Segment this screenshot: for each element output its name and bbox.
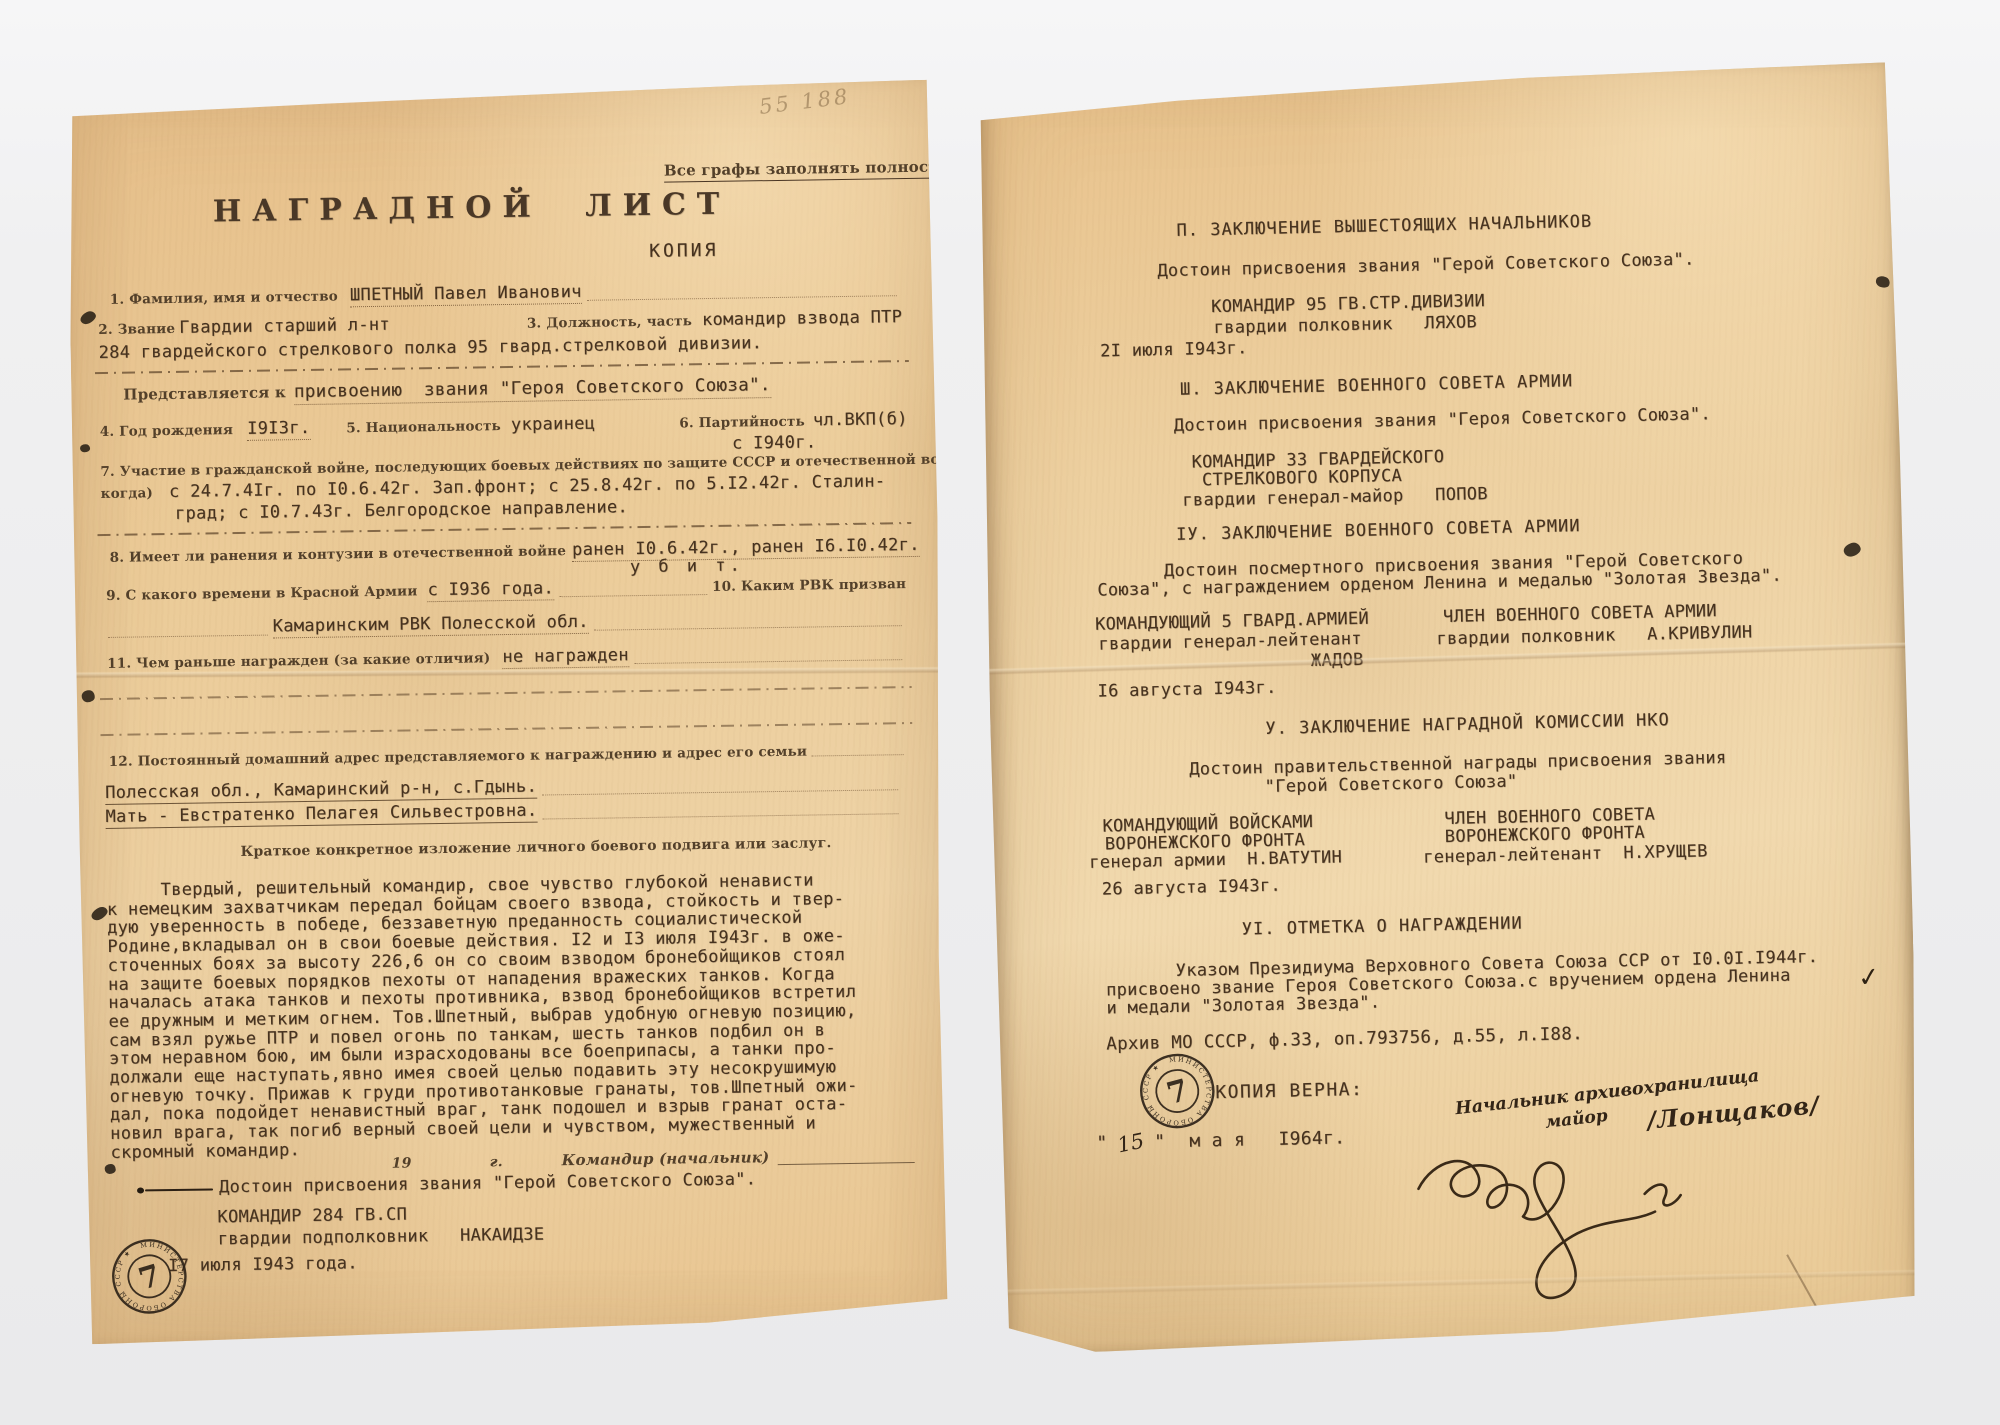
date-month-year: м а я I964г. [1189, 1128, 1345, 1152]
section-5-text-line2: "Герой Советского Союза" [1264, 773, 1517, 798]
year-suffix: г. [490, 1154, 503, 1170]
section-5-right-rank-name: генерал-лейтенант Н.ХРУЩЕВ [1423, 842, 1708, 867]
round-stamp-7: МИНИСТЕРСТВА ОБОРОНЫ СССР ★ 7 [101, 1228, 198, 1325]
field-3-value: командир взвода ПТР [702, 308, 902, 330]
dotted-fill-line [108, 635, 268, 638]
field-5-label: 5. Национальность [346, 418, 501, 436]
worthy-line: Достоин присвоения звания "Герой Советск… [219, 1170, 757, 1197]
checkmark: ✓ [1856, 962, 1881, 995]
date-open-quote: " [1096, 1133, 1108, 1153]
field-10-label: 10. Каким РВК призван [712, 576, 906, 595]
copy-label: КОПИЯ [649, 241, 718, 262]
field-11-value: не награжден [502, 646, 629, 669]
ink-dot [137, 1187, 144, 1193]
stamp-number: 7 [1163, 1073, 1192, 1112]
field-2-label: 2. Звание [98, 321, 175, 338]
section-4-date: I6 августа I943г. [1097, 679, 1276, 702]
section-6-heading: УI. ОТМЕТКА О НАГРАЖДЕНИИ [1242, 914, 1523, 939]
field-11-label: 11. Чем раньше награжден (за какие отлич… [107, 650, 490, 672]
field-2-value: Гвардии старший л-нт [179, 316, 390, 338]
field-7-label-line2: когда) [101, 485, 154, 502]
section-3-text: Достоин присвоения звания "Героя Советск… [1174, 405, 1712, 436]
feat-heading: Краткое конкретное изложение личного бое… [168, 834, 904, 861]
field-4-value: I9I3г. [247, 419, 311, 441]
commander-signature-line1: КОМАНДИР 284 ГВ.СП [217, 1206, 407, 1228]
section-5-heading: У. ЗАКЛЮЧЕНИЕ НАГРАДНОЙ КОМИССИИ НКО [1265, 711, 1670, 739]
section-2-date: 2I июля I943г. [1100, 339, 1248, 361]
field-8-value: ранен I0.6.42г., ранен I6.I0.42г. [572, 536, 920, 562]
ink-dash [145, 1188, 213, 1191]
feat-paragraph: Твердый, решительный командир, свое чувс… [106, 871, 858, 1163]
section-3-heading: Ш. ЗАКЛЮЧЕНИЕ ВОЕННОГО СОВЕТА АРМИИ [1180, 372, 1574, 400]
field-12-mother: Мать - Евстратенко Пелагея Сильвестровна… [105, 802, 537, 829]
blank-fill-line [100, 722, 912, 736]
field-1-label: 1. Фамилия, имя и отчество [110, 288, 338, 307]
pencil-annotation: 55 188 [758, 84, 852, 119]
date-close-quote: " [1154, 1132, 1166, 1152]
section-4-heading: IУ. ЗАКЛЮЧЕНИЕ ВОЕННОГО СОВЕТА АРМИИ [1176, 517, 1581, 545]
field-6-label: 6. Партийность [679, 414, 805, 432]
dotted-fill-line [543, 813, 899, 819]
field-6-value-line2: с I940г. [732, 433, 817, 453]
ink-blot [78, 309, 97, 326]
date-line: I7 июля I943 года. [168, 1254, 358, 1276]
field-1-value: ШПЕТНЫЙ Павел Иванович [350, 283, 582, 307]
section-6-text-line3: и медали "Золотая Звезда". [1106, 994, 1380, 1019]
field-12-label: 12. Постоянный домашний адрес представля… [109, 744, 808, 770]
dotted-fill-line [542, 789, 898, 795]
section-4-right-rank-name: гвардии полковник А.КРИВУЛИН [1436, 623, 1752, 649]
handwritten-day: 15 [1115, 1129, 1146, 1158]
year-prefix: 19 [392, 1155, 412, 1171]
section-2-signer-line2: гвардии полковник ЛЯХОВ [1213, 313, 1477, 338]
fill-all-fields-note: Все графы заполнять полностью [664, 157, 964, 182]
field-3-label: 3. Должность, часть [527, 313, 692, 331]
award-sheet-page-1: 55 188 Все графы заполнять полностью НАГ… [67, 80, 951, 1345]
ink-blot [80, 444, 90, 452]
dotted-fill-line [812, 754, 904, 756]
copy-true-label: КОПИЯ ВЕРНА: [1215, 1080, 1363, 1103]
field-4-label: 4. Год рождения [100, 422, 234, 440]
presented-for-label: Представляется к [123, 383, 286, 403]
section-5-date: 26 августа I943г. [1102, 877, 1281, 900]
dotted-fill-line [587, 295, 897, 301]
dotted-fill-line [634, 659, 902, 664]
section-rule [95, 360, 909, 374]
field-10-value: Камаринским РВК Полесской обл. [273, 613, 589, 639]
field-8-label: 8. Имеет ли ранения и контузии в отечест… [110, 543, 567, 566]
form-title: НАГРАДНОЙ ЛИСТ [68, 185, 874, 232]
award-sheet-page-2: П. ЗАКЛЮЧЕНИЕ ВЫШЕСТОЯЩИХ НАЧАЛЬНИКОВ До… [976, 62, 1922, 1354]
section-2-text: Достоин присвоения звания "Герой Советск… [1157, 251, 1695, 282]
presented-for-value: присвоению звания "Героя Советского Союз… [294, 376, 771, 405]
field-7-value-line2: град; с I0.7.43г. Белгородское направлен… [175, 498, 628, 524]
section-3-signer-line3: гвардии генерал-майор ПОПОВ [1182, 485, 1488, 511]
field-5-value: украинец [511, 415, 596, 435]
ink-blot [82, 690, 95, 702]
commander-signature-line2: гвардии подполковник НАКАИДЗЕ [218, 1226, 545, 1250]
ink-blot [105, 1164, 116, 1174]
ink-blot [1842, 541, 1862, 559]
field-6-value: чл.ВКП(б) [813, 410, 908, 430]
commander-label: Командир (начальник) [562, 1148, 770, 1169]
field-3-value-line2: 284 гвардейского стрелкового полка 95 гв… [98, 334, 762, 363]
ink-blot [1874, 274, 1891, 289]
section-5-left-rank-name: генерал армии Н.ВАТУТИН [1089, 848, 1342, 873]
dotted-fill-line [559, 594, 707, 597]
field-9-value: с I936 года. [427, 579, 554, 602]
blank-fill-line [100, 686, 912, 700]
section-2-heading: П. ЗАКЛЮЧЕНИЕ ВЫШЕСТОЯЩИХ НАЧАЛЬНИКОВ [1176, 213, 1592, 241]
signature-flourish [1407, 1095, 1772, 1343]
round-stamp-7: МИНИСТЕРСТВА ОБОРОНЫ СССР ★ 7 [1129, 1043, 1225, 1139]
signature-fill-line [778, 1148, 915, 1165]
field-9-label: 9. С какого времени в Красной Армии [106, 583, 418, 604]
section-rule [97, 522, 911, 536]
dotted-fill-line [594, 625, 902, 631]
stamp-number: 7 [135, 1258, 165, 1298]
field-8-value-killed: у б и т. [630, 557, 744, 578]
